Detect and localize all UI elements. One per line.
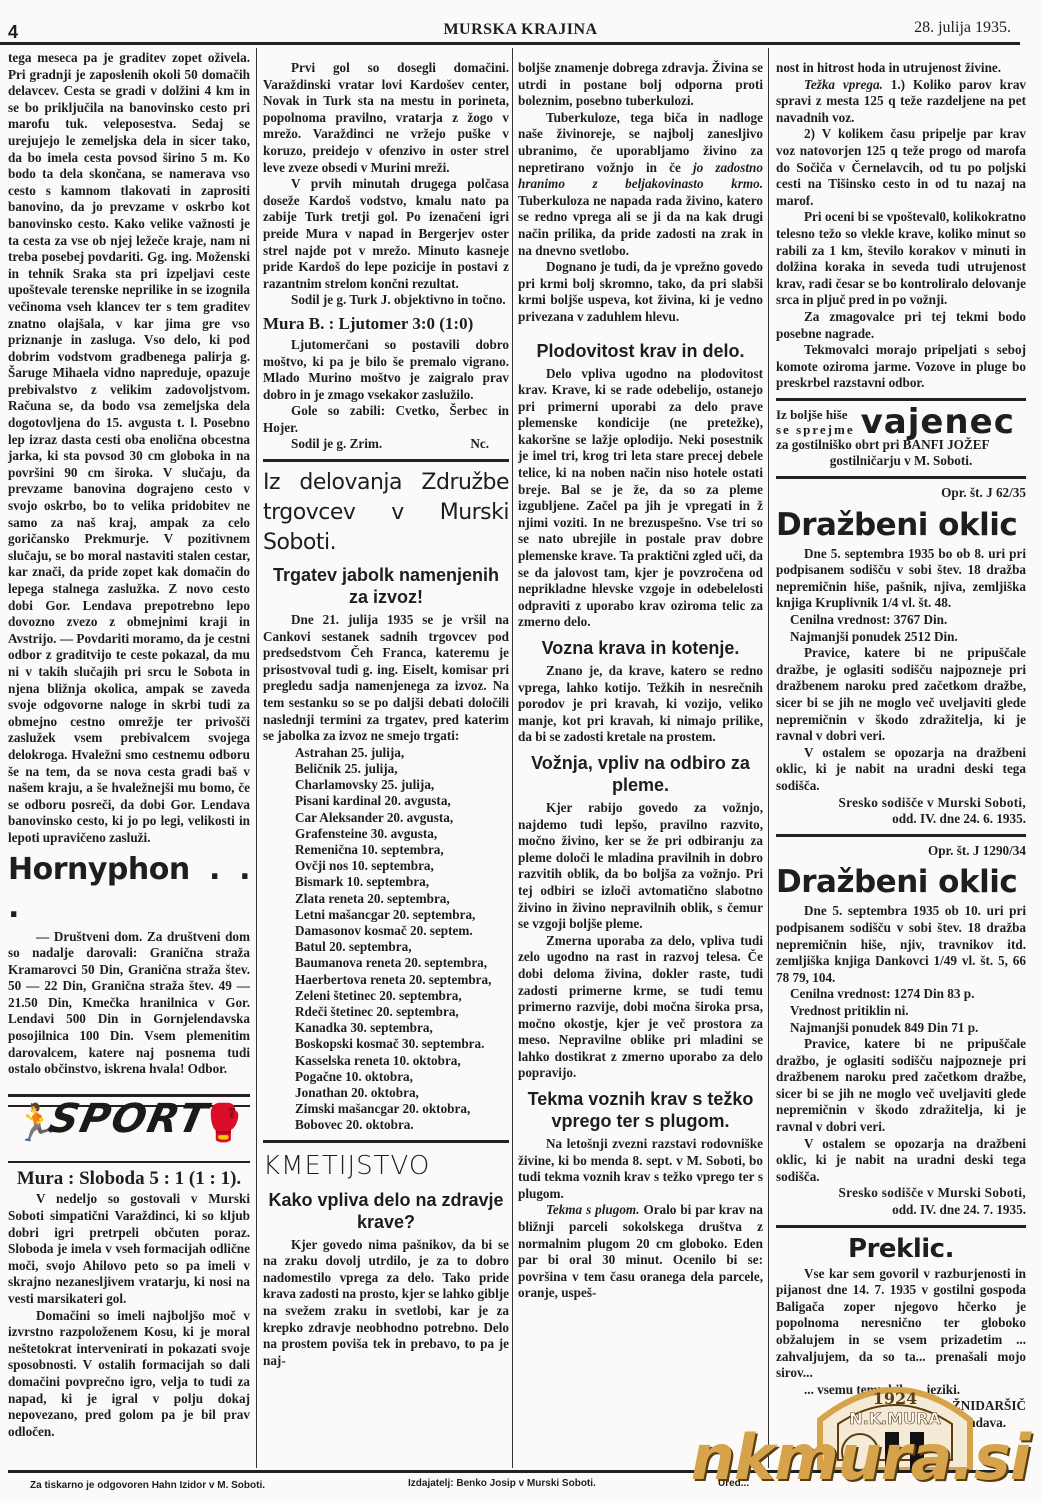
- referee-line: Sodil je g. Zrim. Nc.: [263, 436, 509, 453]
- list-item: Pogačne 10. oktobra,: [295, 1069, 509, 1085]
- article-title: Kako vpliva delo na zdravje krave?: [263, 1189, 509, 1233]
- article-paragraph: Kjer rabijo govedo za vožnjo, najdemo tu…: [518, 800, 763, 933]
- ad-intro-line: Iz boljše hiše: [776, 407, 855, 422]
- section-rule: [776, 398, 1026, 401]
- court-name: Sresko sodišče v Murski Soboti,: [776, 1185, 1026, 1202]
- referee-note: Sodil je g. Zrim.: [263, 436, 382, 453]
- list-item: Damasonov kosmač 20. septem.: [295, 923, 509, 939]
- list-item: Car Aleksander 20. avgusta,: [295, 810, 509, 826]
- article-title: Vožnja, vpliv na odbiro za pleme.: [518, 752, 763, 796]
- newspaper-title: MURSKA KRAJINA: [0, 21, 1041, 39]
- auction-text: Dne 5. septembra 1935 bo ob 8. uri pri p…: [776, 546, 1026, 612]
- list-item: Bismark 10. septembra,: [295, 874, 509, 890]
- column-divider: [768, 48, 769, 1468]
- appraised-value: Cenilna vrednost: 3767 Din.: [776, 612, 1026, 629]
- auction-text: Pravice, katere bi ne pripuščale dražbo,…: [776, 1036, 1026, 1136]
- list-item: Jonathan 20. oktobra,: [295, 1085, 509, 1101]
- minimum-bid: Najmanjši ponudek 849 Din 71 p.: [776, 1020, 1026, 1037]
- accessories-value: Vrednost pritiklin ni.: [776, 1003, 1026, 1020]
- hornyphon-ad-heading: Hornyphon . . .: [8, 851, 250, 927]
- list-item: Bobovec 20. oktobra.: [295, 1117, 509, 1133]
- ad-text: za gostilniško obrt pri BANFI JOŽEF: [776, 437, 1026, 454]
- article-paragraph: Tekma s plugom. Oralo bi par krav na bli…: [518, 1202, 763, 1302]
- match-title: Mura : Sloboda 5 : 1 (1 : 1).: [8, 1171, 250, 1188]
- article-paragraph: Na letošnji zvezni razstavi rodovniške ž…: [518, 1136, 763, 1202]
- article-paragraph: boljše znamenje dobrega zdravja. Živina …: [518, 60, 763, 110]
- list-item: Kanadka 30. septembra,: [295, 1020, 509, 1036]
- auction-title: Dražbeni oklic: [776, 863, 1026, 901]
- list-item: Pisani kardinal 20. avgusta,: [295, 793, 509, 809]
- auction-title: Dražbeni oklic: [776, 506, 1026, 544]
- svg-text:1924: 1924: [873, 1389, 918, 1408]
- road-article-text: tega meseca pa je graditev zopet oživela…: [8, 50, 250, 847]
- page-header: 4 MURSKA KRAJINA 28. julija 1935.: [0, 14, 1041, 44]
- appraised-value: Cenilna vrednost: 1274 Din 83 p.: [776, 986, 1026, 1003]
- list-item: Remenična 10. septembra,: [295, 842, 509, 858]
- section-rule: [776, 476, 1026, 479]
- retraction-title: Preklic.: [776, 1234, 1026, 1264]
- list-item: Haerbertova reneta 20. septembra,: [295, 972, 509, 988]
- newspaper-page: 4 MURSKA KRAJINA 28. julija 1935. tega m…: [0, 0, 1041, 1503]
- ad-headline: vajenec: [861, 414, 1015, 431]
- article-paragraph: Tekmovalci morajo pripeljati s seboj kom…: [776, 342, 1026, 392]
- section-rule: [776, 834, 1026, 837]
- match-report-paragraph: V prvih minutah drugega polčasa doseže K…: [263, 176, 509, 292]
- ad-text: gostilničarju v M. Soboti.: [776, 453, 1026, 470]
- boxer-figure-icon: 🥊: [201, 1115, 246, 1132]
- list-item: Charlamovsky 25. julija,: [295, 777, 509, 793]
- section-heading: KMETIJSTVO: [263, 1149, 509, 1183]
- column-1: tega meseca pa je graditev zopet oživela…: [8, 50, 250, 1440]
- header-rule: [0, 42, 1020, 45]
- match-report-paragraph: V nedeljo so gostovali v Murski Soboti s…: [8, 1191, 250, 1307]
- article-paragraph: Za zmagovalce pri tej tekmi bodo posebne…: [776, 309, 1026, 342]
- minimum-bid: Najmanjši ponudek 2512 Din.: [776, 629, 1026, 646]
- auction-notice-2: Opr. št. J 1290/34 Dražbeni oklic Dne 5.…: [776, 843, 1026, 1219]
- section-heading: Iz delovanja Združbe trgovcev v Murski S…: [263, 468, 509, 558]
- court-name: Sresko sodišče v Murski Soboti,: [776, 795, 1026, 812]
- match-report-paragraph: Ljutomerčani so postavili dobro moštvo, …: [263, 337, 509, 403]
- ad-intro-line: se sprejme: [776, 422, 855, 437]
- section-rule: [263, 1140, 509, 1143]
- list-item: Baumanova reneta 20. septembra,: [295, 955, 509, 971]
- auction-text: Pravice, katere bi ne pripuščale dražbe,…: [776, 645, 1026, 745]
- list-item: Letni mašancgar 20. septembra,: [295, 907, 509, 923]
- sport-banner: 🏃 SPORT 🥊: [8, 1105, 250, 1163]
- printer-credit: Za tiskarno je odgovoren Hahn Izidor v M…: [30, 1480, 265, 1491]
- emphasis-text: Težka vprega.: [804, 77, 883, 92]
- emphasis-text: Tekma s plugom.: [546, 1202, 640, 1217]
- drustveni-dom-text: — Društveni dom. Za društveni dom so nad…: [8, 929, 250, 1078]
- match-report-paragraph: Prvi gol so dosegli domačini. Varaždinsk…: [263, 60, 509, 176]
- column-4: nost in hitrost hoda in utrujenost živin…: [776, 50, 1026, 1432]
- article-paragraph: Težka vprega. 1.) Koliko parov krav spra…: [776, 77, 1026, 127]
- column-2: Prvi gol so dosegli domačini. Varaždinsk…: [263, 50, 509, 1369]
- apprentice-ad: Iz boljše hiše se sprejme vajenec za gos…: [776, 407, 1026, 470]
- match-report-paragraph: Domačini so imeli najboljšo moč v izvrst…: [8, 1308, 250, 1441]
- publisher-credit: Izdajatelj: Benko Josip v Murski Soboti.: [408, 1478, 596, 1489]
- court-date: odd. IV. dne 24. 6. 1935.: [776, 811, 1026, 828]
- column-divider: [512, 48, 513, 1468]
- case-reference: Opr. št. J 62/35: [776, 485, 1026, 502]
- article-paragraph: 2) V kolikem času pripelje par krav voz …: [776, 126, 1026, 209]
- section-rule: [776, 1225, 1026, 1228]
- article-title: Vozna krava in kotenje.: [518, 637, 763, 659]
- list-item: Ovčji nos 10. septembra,: [295, 858, 509, 874]
- article-paragraph: Dognano je tudi, da je vprežno govedo pr…: [518, 259, 763, 325]
- text-run: Tuberkuloza ne napada rada živino, kater…: [518, 193, 763, 258]
- list-item: Kasselska reneta 10. oktobra,: [295, 1053, 509, 1069]
- list-item: Astrahan 25. julija,: [295, 745, 509, 761]
- column-3: boljše znamenje dobrega zdravja. Živina …: [518, 50, 763, 1302]
- column-divider: [256, 48, 257, 1468]
- article-paragraph: Kjer govedo nima pašnikov, da bi se na z…: [263, 1237, 509, 1370]
- apples-intro: Dne 21. julija 1935 se je vršil na Canko…: [263, 612, 509, 745]
- case-reference: Opr. št. J 1290/34: [776, 843, 1026, 860]
- article-title: Plodovitost krav in delo.: [518, 340, 763, 362]
- list-item: Zlata reneta 20. septembra,: [295, 891, 509, 907]
- article-paragraph: Pri oceni bi se vpošteval0, kolikokratno…: [776, 209, 1026, 309]
- article-title: Tekma voznih krav s težko vprego ter s p…: [518, 1088, 763, 1132]
- article-paragraph: nost in hitrost hoda in utrujenost živin…: [776, 60, 1026, 77]
- section-rule: [263, 459, 509, 462]
- list-item: Boskopski kosmač 30. septembra.: [295, 1036, 509, 1052]
- watermark-site-text: nkmura.si: [691, 1421, 1030, 1494]
- issue-date: 28. julija 1935.: [914, 19, 1011, 37]
- scorers-note: Gole so zabili: Cvetko, Šerbec in Hojer.: [263, 403, 509, 436]
- auction-notice-1: Opr. št. J 62/35 Dražbeni oklic Dne 5. s…: [776, 485, 1026, 828]
- list-item: Grafensteine 30. avgusta,: [295, 826, 509, 842]
- list-item: Rdeči štetinec 20. septembra,: [295, 1004, 509, 1020]
- author-signature: Nc.: [442, 436, 489, 453]
- article-paragraph: Delo vpliva ugodno na plodovitost krav. …: [518, 366, 763, 632]
- article-paragraph: Tuberkuloze, tega biča in nadloge naše ž…: [518, 110, 763, 259]
- article-title: Trgatev jabolk namenjenih za izvoz!: [263, 564, 509, 608]
- referee-note: Sodil je g. Turk J. objektivno in točno.: [263, 292, 509, 309]
- apple-dates-list: Astrahan 25. julija, Beličnik 25. julija…: [263, 745, 509, 1134]
- court-date: odd. IV. dne 24. 7. 1935.: [776, 1202, 1026, 1219]
- ad-intro: Iz boljše hiše se sprejme: [776, 407, 855, 437]
- retraction-text: Vse kar sem govoril v razburjenosti in p…: [776, 1266, 1026, 1382]
- list-item: Zeleni štetinec 20. septembra,: [295, 988, 509, 1004]
- auction-text: Dne 5. septembra 1935 ob 10. uri pri pod…: [776, 903, 1026, 986]
- auction-text: V ostalem se opozarja na dražbeni oklic,…: [776, 1136, 1026, 1186]
- article-paragraph: Zmerna uporaba za delo, vpliva tudi zelo…: [518, 933, 763, 1082]
- list-item: Batul 20. septembra,: [295, 939, 509, 955]
- match-title: Mura B. : Ljutomer 3:0 (1:0): [263, 313, 509, 335]
- auction-text: V ostalem se opozarja na dražbeni oklic,…: [776, 745, 1026, 795]
- article-paragraph: Znano je, da krave, katero se redno vpre…: [518, 663, 763, 746]
- list-item: Zimski mašancgar 20. oktobra,: [295, 1101, 509, 1117]
- list-item: Beličnik 25. julija,: [295, 761, 509, 777]
- nkmura-watermark: 1924 N.K.MURA nkmura.si: [740, 1380, 1040, 1500]
